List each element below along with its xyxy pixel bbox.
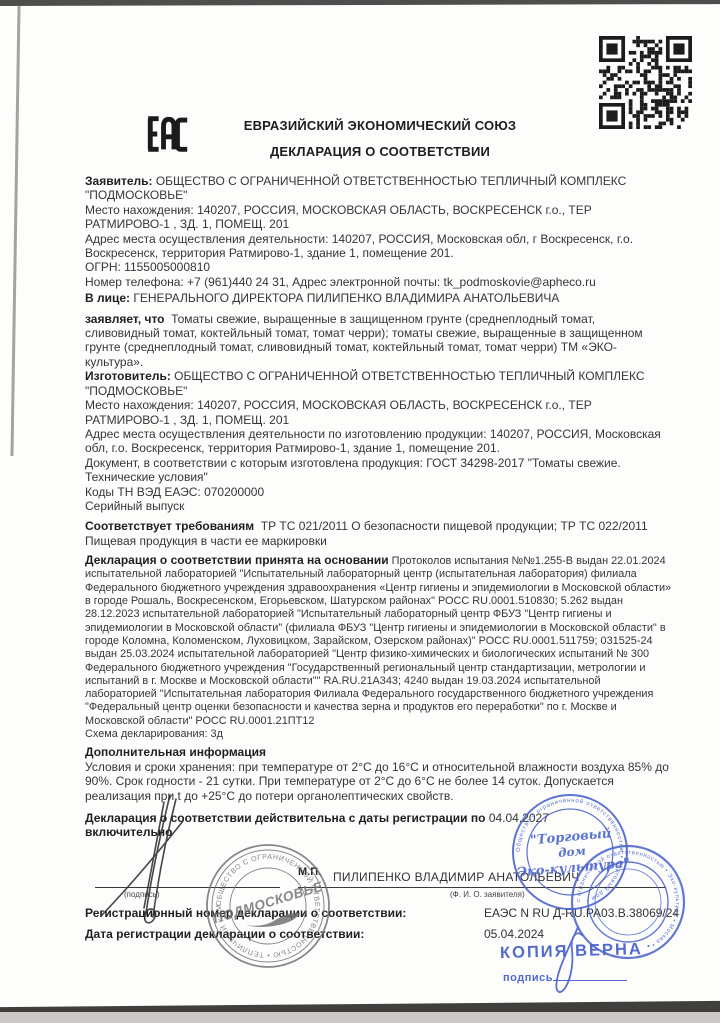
scanned-declaration-document: { "header": { "eac_logo": "EAC conformit… (0, 0, 720, 1023)
compliance-block: Соответствует требованиям ТР ТС 021/2011… (85, 519, 672, 548)
document-title: ДЕКЛАРАЦИЯ О СООТВЕТСТВИИ (160, 144, 600, 159)
document-body: Заявитель: ОБЩЕСТВО С ОГРАНИЧЕННОЙ ОТВЕТ… (85, 174, 672, 840)
union-title: ЕВРАЗИЙСКИЙ ЭКОНОМИЧЕСКИЙ СОЮЗ (160, 118, 600, 133)
basis-protocols: Протоколов испытания №№1.255-В выдан 22.… (85, 555, 671, 727)
stamp-place-label: М.П. (298, 866, 321, 878)
manufacturer-standard: Документ, в соответствии с которым изгот… (85, 456, 672, 485)
declarant-name: ПИЛИПЕНКО ВЛАДИМИР АНАТОЛЬЕВИЧ (333, 870, 580, 884)
serial-production: Серийный выпуск (85, 499, 672, 513)
person-block: В лице: ГЕНЕРАЛЬНОГО ДИРЕКТОРА ПИЛИПЕНКО… (85, 291, 672, 305)
applicant-label: Заявитель: (85, 174, 153, 188)
applicant-contacts: Номер телефона: +7 (961)440 24 31, Адрес… (85, 275, 672, 289)
document-page: ЕВРАЗИЙСКИЙ ЭКОНОМИЧЕСКИЙ СОЮЗ ДЕКЛАРАЦИ… (0, 0, 720, 1010)
applicant-ogrn: ОГРН: 1155005000810 (85, 260, 672, 274)
person-name: ГЕНЕРАЛЬНОГО ДИРЕКТОРА ПИЛИПЕНКО ВЛАДИМИ… (133, 291, 559, 305)
manufacturer-block: Изготовитель: ОБЩЕСТВО С ОГРАНИЧЕННОЙ ОТ… (85, 369, 672, 513)
person-label: В лице: (85, 291, 130, 305)
stamp-dot: · (647, 939, 653, 953)
signature-line (95, 887, 280, 888)
declarant-name-line (298, 887, 666, 888)
registration-number-label: Регистрационный номер декларации о соотв… (85, 906, 406, 920)
additional-info-title: Дополнительная информация (85, 745, 672, 759)
validity-block: Декларация о соответствии действительна … (85, 811, 672, 840)
manufacturer-label: Изготовитель: (85, 369, 171, 383)
validity-suffix: включительно (85, 825, 672, 839)
tnved-codes: Коды ТН ВЭД ЕАЭС: 070200000 (85, 485, 672, 499)
registration-date-label: Дата регистрации декларации о соответств… (85, 927, 364, 941)
applicant-block: Заявитель: ОБЩЕСТВО С ОГРАНИЧЕННОЙ ОТВЕТ… (85, 174, 672, 289)
validity-label: Декларация о соответствии действительна … (85, 811, 485, 825)
basis-label: Декларация о соответствии принята на осн… (85, 553, 389, 567)
signature-caption: (подпись) (124, 890, 160, 899)
svg-text:с ограниченной ответственность: с ограниченной ответственностью • Эко-ку… (576, 850, 680, 948)
declaration-scheme: Схема декларирования: 3д (85, 728, 672, 741)
registration-number-value: ЕАЭС N RU Д-RU.РА03.В.38069/24 (484, 906, 679, 920)
scan-edge-top (0, 0, 720, 6)
product-description: Томаты свежие, выращенные в защищенном г… (85, 312, 643, 369)
manufacturer-address: Место нахождения: 140207, РОССИЯ, МОСКОВ… (85, 398, 672, 427)
validity-date: 04.04.2027 (489, 811, 549, 825)
declaration-subject: заявляет, что Томаты свежие, выращенные … (85, 312, 672, 370)
declares-label: заявляет, что (85, 312, 165, 326)
compliance-label: Соответствует требованиям (85, 519, 254, 533)
additional-info-block: Дополнительная информация Условия и срок… (85, 745, 672, 803)
scan-edge-left (10, 6, 20, 456)
basis-block: Декларация о соответствии принята на осн… (85, 554, 672, 741)
svg-text:дом: дом (558, 844, 587, 860)
stamp-signature-line (553, 970, 627, 981)
copy-valid-stamp: КОПИЯ ВЕРНА· (500, 939, 653, 963)
applicant-address: Место нахождения: 140207, РОССИЯ, МОСКОВ… (85, 203, 672, 232)
registration-date-value: 05.04.2024 (484, 927, 544, 941)
scan-background (0, 1012, 720, 1023)
storage-conditions: Условия и сроки хранения: при температур… (85, 760, 672, 803)
applicant-name: ОБЩЕСТВО С ОГРАНИЧЕННОЙ ОТВЕТСТВЕННОСТЬЮ… (85, 174, 626, 202)
manufacturer-production-address: Адрес места осуществления деятельности п… (85, 427, 672, 456)
declarant-caption: (Ф. И. О. заявителя) (450, 890, 525, 899)
applicant-activity-address: Адрес места осуществления деятельности: … (85, 232, 672, 261)
stamp-signature-label: подпись (503, 970, 627, 984)
qr-code (599, 36, 692, 129)
